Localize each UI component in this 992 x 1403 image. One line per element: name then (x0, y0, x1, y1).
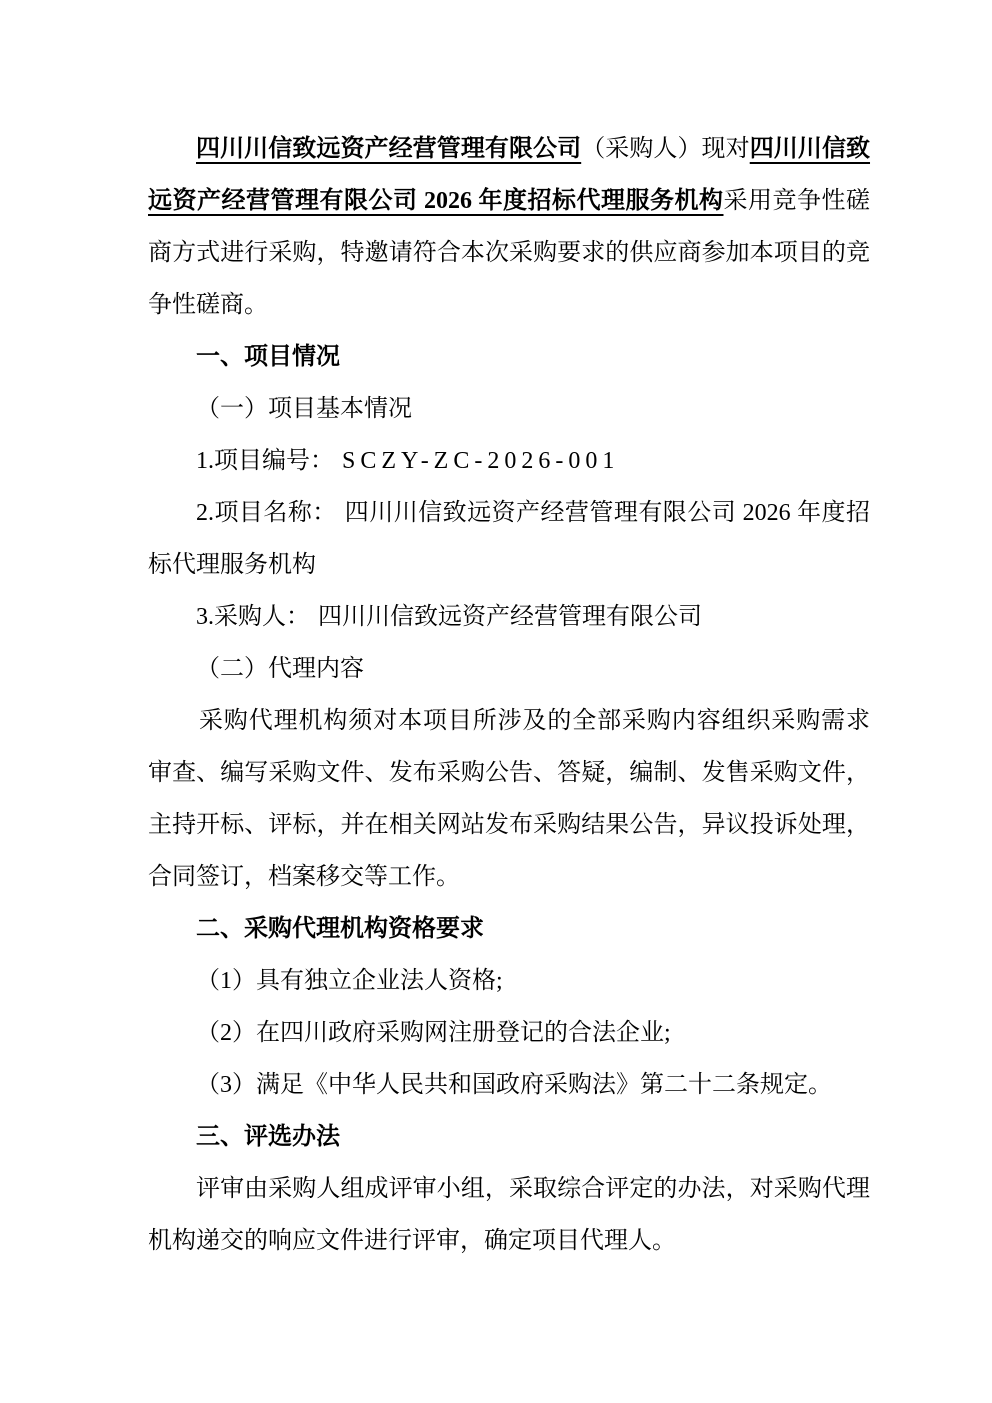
purchaser-line: 3.采购人：四川川信致远资产经营管理有限公司 (148, 591, 870, 643)
document-page: 四川川信致远资产经营管理有限公司（采购人）现对四川川信致远资产经营管理有限公司 … (0, 0, 992, 1403)
purchaser-name-emphasis: 四川川信致远资产经营管理有限公司 (196, 136, 581, 162)
intro-paragraph: 四川川信致远资产经营管理有限公司（采购人）现对四川川信致远资产经营管理有限公司 … (148, 123, 870, 331)
intro-middle-text: （采购人）现对 (581, 136, 750, 162)
section2-heading: 二、采购代理机构资格要求 (148, 903, 870, 955)
agency-scope-paragraph: 采购代理机构须对本项目所涉及的全部采购内容组织采购需求审查、编写采购文件、发布采… (148, 695, 870, 903)
project-name-line: 2.项目名称：四川川信致远资产经营管理有限公司 2026 年度招标代理服务机构 (148, 487, 870, 591)
qualification-item-1: （1）具有独立企业法人资格; (148, 955, 870, 1007)
qualification-item-2: （2）在四川政府采购网注册登记的合法企业; (148, 1007, 870, 1059)
purchaser-label: 3.采购人： (196, 604, 310, 630)
section3-heading: 三、评选办法 (148, 1111, 870, 1163)
evaluation-method-paragraph: 评审由采购人组成评审小组，采取综合评定的办法，对采购代理机构递交的响应文件进行评… (148, 1163, 870, 1267)
project-number-value: SCZY-ZC-2026-001 (342, 448, 619, 474)
section1-sub1-title: （一）项目基本情况 (148, 383, 870, 435)
project-number-line: 1.项目编号：SCZY-ZC-2026-001 (148, 435, 870, 487)
section1-sub2-title: （二）代理内容 (148, 643, 870, 695)
section1-heading: 一、项目情况 (148, 331, 870, 383)
document-content: 四川川信致远资产经营管理有限公司（采购人）现对四川川信致远资产经营管理有限公司 … (0, 0, 870, 1267)
qualification-item-3: （3）满足《中华人民共和国政府采购法》第二十二条规定。 (148, 1059, 870, 1111)
purchaser-value: 四川川信致远资产经营管理有限公司 (318, 604, 702, 630)
project-number-label: 1.项目编号： (196, 448, 334, 474)
project-name-label: 2.项目名称： (196, 500, 337, 526)
